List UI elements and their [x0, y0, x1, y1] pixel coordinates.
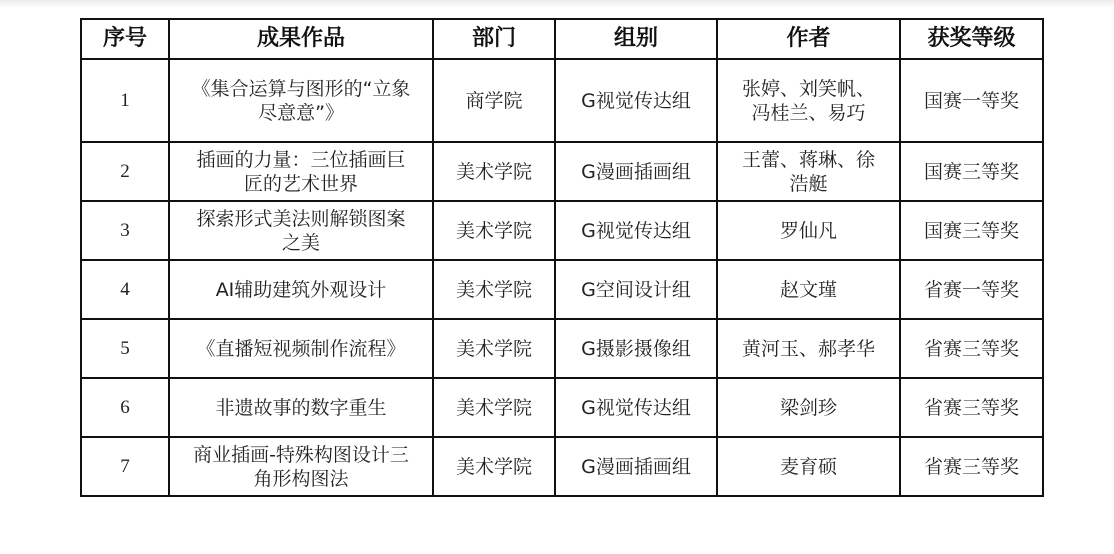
header-row: 序号 成果作品 部门 组别 作者 获奖等级 [81, 19, 1043, 59]
header-work: 成果作品 [169, 19, 433, 59]
cell-index: 5 [81, 319, 169, 378]
table-row: 6 非遗故事的数字重生 美术学院 G视觉传达组 梁剑珍 省赛三等奖 [81, 378, 1043, 437]
cell-work: 商业插画-特殊构图设计三角形构图法 [169, 437, 433, 496]
work-title: 探索形式美法则解锁图案之美 [191, 207, 411, 255]
awards-table: 序号 成果作品 部门 组别 作者 获奖等级 1 《集合运算与图形的“立象尽意意”… [80, 18, 1044, 497]
cell-work: AI辅助建筑外观设计 [169, 260, 433, 319]
table-row: 2 插画的力量：三位插画巨匠的艺术世界 美术学院 G漫画插画组 王蕾、蒋琳、徐浩… [81, 142, 1043, 201]
work-title: 《直播短视频制作流程》 [196, 337, 405, 361]
header-index: 序号 [81, 19, 169, 59]
cell-author: 黄河玉、郝孝华 [717, 319, 900, 378]
cell-department: 美术学院 [433, 378, 555, 437]
cell-index: 6 [81, 378, 169, 437]
cell-index: 3 [81, 201, 169, 260]
cell-index: 4 [81, 260, 169, 319]
header-group: 组别 [555, 19, 717, 59]
work-title: AI辅助建筑外观设计 [216, 278, 387, 302]
cell-department: 美术学院 [433, 437, 555, 496]
author-names: 王蕾、蒋琳、徐浩艇 [739, 148, 879, 196]
cell-index: 2 [81, 142, 169, 201]
cell-author: 罗仙凡 [717, 201, 900, 260]
cell-work: 《直播短视频制作流程》 [169, 319, 433, 378]
cell-award: 国赛三等奖 [900, 142, 1043, 201]
table-row: 3 探索形式美法则解锁图案之美 美术学院 G视觉传达组 罗仙凡 国赛三等奖 [81, 201, 1043, 260]
work-title: 《集合运算与图形的“立象尽意意”》 [191, 77, 411, 125]
cell-group: G漫画插画组 [555, 142, 717, 201]
cell-group: G视觉传达组 [555, 59, 717, 142]
cell-award: 国赛一等奖 [900, 59, 1043, 142]
cell-award: 国赛三等奖 [900, 201, 1043, 260]
cell-award: 省赛三等奖 [900, 319, 1043, 378]
cell-department: 美术学院 [433, 319, 555, 378]
cell-group: G摄影摄像组 [555, 319, 717, 378]
header-author: 作者 [717, 19, 900, 59]
author-names: 罗仙凡 [780, 219, 837, 243]
author-names: 黄河玉、郝孝华 [742, 337, 875, 361]
cell-author: 麦育硕 [717, 437, 900, 496]
cell-author: 梁剑珍 [717, 378, 900, 437]
header-department: 部门 [433, 19, 555, 59]
cell-work: 插画的力量：三位插画巨匠的艺术世界 [169, 142, 433, 201]
cell-group: G漫画插画组 [555, 437, 717, 496]
cell-author: 赵文瑾 [717, 260, 900, 319]
cell-award: 省赛三等奖 [900, 437, 1043, 496]
cell-group: G空间设计组 [555, 260, 717, 319]
cell-index: 7 [81, 437, 169, 496]
header-award: 获奖等级 [900, 19, 1043, 59]
author-names: 赵文瑾 [780, 278, 837, 302]
cell-index: 1 [81, 59, 169, 142]
author-names: 张婷、刘笑帆、冯桂兰、易巧 [739, 77, 879, 125]
cell-group: G视觉传达组 [555, 378, 717, 437]
cell-award: 省赛三等奖 [900, 378, 1043, 437]
author-names: 麦育硕 [780, 455, 837, 479]
cell-department: 商学院 [433, 59, 555, 142]
cell-work: 非遗故事的数字重生 [169, 378, 433, 437]
table-row: 7 商业插画-特殊构图设计三角形构图法 美术学院 G漫画插画组 麦育硕 省赛三等… [81, 437, 1043, 496]
author-names: 梁剑珍 [780, 396, 837, 420]
top-shadow [0, 0, 1114, 8]
table-row: 5 《直播短视频制作流程》 美术学院 G摄影摄像组 黄河玉、郝孝华 省赛三等奖 [81, 319, 1043, 378]
work-title: 非遗故事的数字重生 [215, 396, 386, 420]
table-row: 1 《集合运算与图形的“立象尽意意”》 商学院 G视觉传达组 张婷、刘笑帆、冯桂… [81, 59, 1043, 142]
work-title: 商业插画-特殊构图设计三角形构图法 [191, 443, 411, 491]
cell-author: 张婷、刘笑帆、冯桂兰、易巧 [717, 59, 900, 142]
cell-award: 省赛一等奖 [900, 260, 1043, 319]
cell-department: 美术学院 [433, 201, 555, 260]
cell-group: G视觉传达组 [555, 201, 717, 260]
work-title: 插画的力量：三位插画巨匠的艺术世界 [191, 148, 411, 196]
table-row: 4 AI辅助建筑外观设计 美术学院 G空间设计组 赵文瑾 省赛一等奖 [81, 260, 1043, 319]
cell-work: 探索形式美法则解锁图案之美 [169, 201, 433, 260]
cell-department: 美术学院 [433, 142, 555, 201]
cell-author: 王蕾、蒋琳、徐浩艇 [717, 142, 900, 201]
cell-department: 美术学院 [433, 260, 555, 319]
cell-work: 《集合运算与图形的“立象尽意意”》 [169, 59, 433, 142]
